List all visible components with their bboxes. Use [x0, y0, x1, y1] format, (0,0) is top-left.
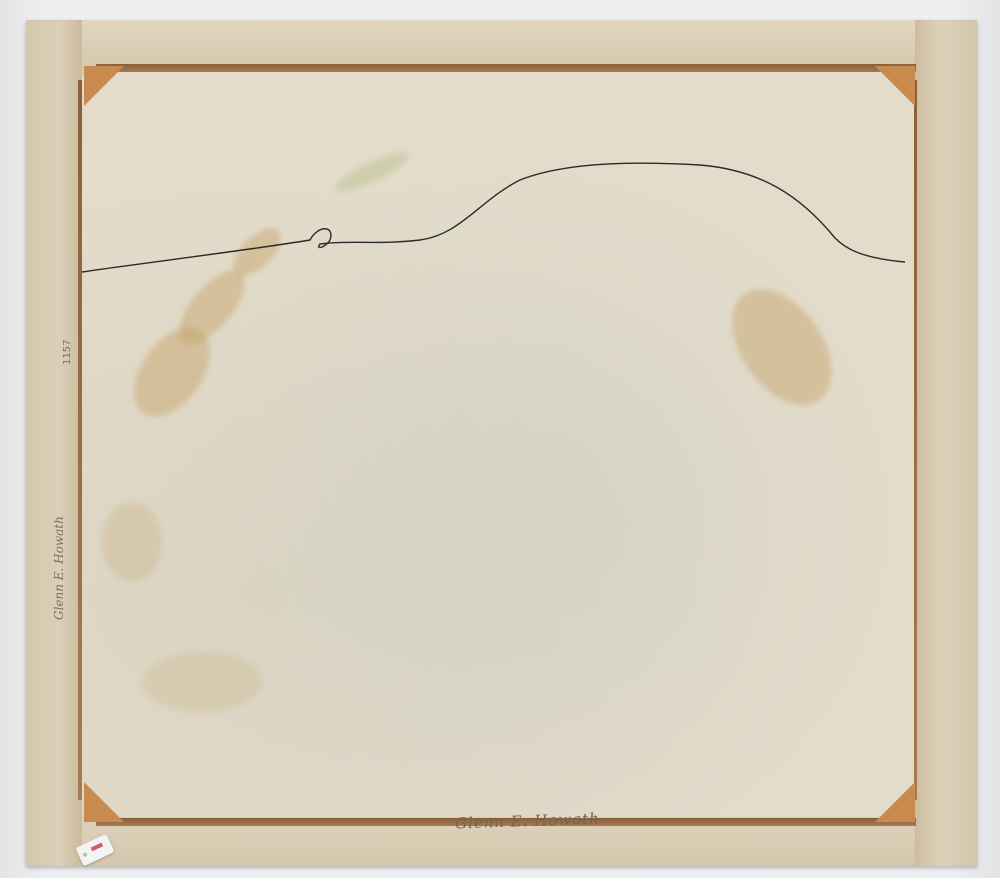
tag-hole: [82, 852, 87, 857]
photo-scene: 1157 Glenn E. Howath Glenn E. Howath: [0, 0, 1000, 878]
hanging-wire: [0, 0, 1000, 878]
tag-label: [91, 843, 104, 852]
